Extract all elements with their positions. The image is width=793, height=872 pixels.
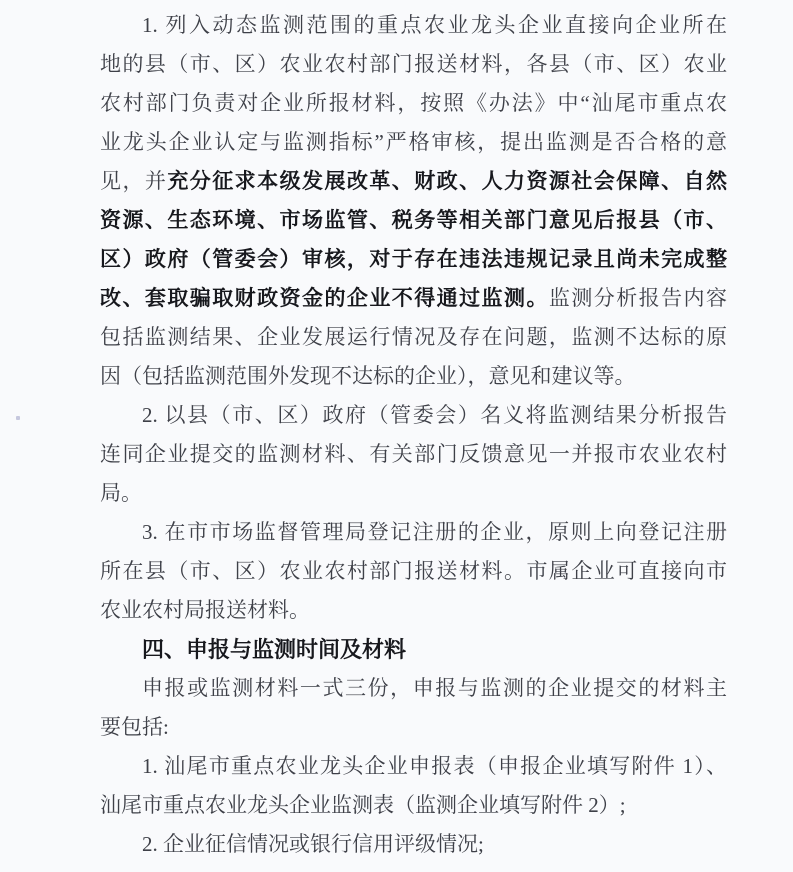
text-line: 3. 在市市场监督管理局登记注册的企业，原则上向登记注册 (100, 513, 727, 552)
text-line: 农村部门负责对企业所报材料，按照《办法》中“汕尾市重点农 (100, 84, 727, 123)
text-segment: 3. 在市市场监督管理局登记注册的企业，原则上向登记注册 (142, 520, 727, 544)
text-line: 所在县（市、区）农业农村部门报送材料。市属企业可直接向市 (100, 552, 727, 591)
text-segment: 农村部门负责对企业所报材料，按照《办法》中“汕尾市重点农 (100, 91, 727, 115)
text-segment: 包括监测结果、企业发展运行情况及存在问题，监测不达标的原 (100, 325, 727, 349)
text-segment: 局。 (100, 481, 142, 505)
text-line: 农业农村局报送材料。 (100, 591, 727, 630)
text-segment: 汕尾市重点农业龙头企业监测表（监测企业填写附件 2）; (100, 793, 626, 817)
text-segment: 1. 列入动态监测范围的重点农业龙头企业直接向企业所在 (142, 13, 727, 37)
section-heading: 四、申报与监测时间及材料 (100, 630, 727, 669)
bold-text-segment: 区）政府（管委会）审核，对于存在违法违规记录且尚未完成整 (100, 247, 727, 271)
text-segment: 见，并 (100, 169, 167, 193)
text-line: 局。 (100, 474, 727, 513)
text-line: 要包括: (100, 708, 727, 747)
text-line: 2. 以县（市、区）政府（管委会）名义将监测结果分析报告 (100, 396, 727, 435)
bold-text-segment: 改、套取骗取财政资金的企业不得通过监测。 (100, 286, 549, 310)
scan-noise-speck (16, 416, 20, 420)
text-segment: 申报或监测材料一式三份，申报与监测的企业提交的材料主 (142, 676, 727, 700)
text-line: 包括监测结果、企业发展运行情况及存在问题，监测不达标的原 (100, 318, 727, 357)
text-line: 1. 汕尾市重点农业龙头企业申报表（申报企业填写附件 1）、 (100, 747, 727, 786)
scanned-document-page: 1. 列入动态监测范围的重点农业龙头企业直接向企业所在地的县（市、区）农业农村部… (0, 0, 793, 872)
text-line: 汕尾市重点农业龙头企业监测表（监测企业填写附件 2）; (100, 786, 727, 825)
text-segment: 2. 企业征信情况或银行信用评级情况; (142, 832, 484, 856)
text-segment: 连同企业提交的监测材料、有关部门反馈意见一并报市农业农村 (100, 442, 727, 466)
text-line: 业龙头企业认定与监测指标”严格审核，提出监测是否合格的意 (100, 123, 727, 162)
text-segment: 农业农村局报送材料。 (100, 598, 310, 622)
text-line: 连同企业提交的监测材料、有关部门反馈意见一并报市农业农村 (100, 435, 727, 474)
text-line: 区）政府（管委会）审核，对于存在违法违规记录且尚未完成整 (100, 240, 727, 279)
bold-text-segment: 资源、生态环境、市场监管、税务等相关部门意见后报县（市、 (100, 208, 727, 232)
document-text-block: 1. 列入动态监测范围的重点农业龙头企业直接向企业所在地的县（市、区）农业农村部… (100, 6, 727, 864)
bold-text-segment: 四、申报与监测时间及材料 (142, 637, 406, 662)
text-line: 因（包括监测范围外发现不达标的企业），意见和建议等。 (100, 357, 727, 396)
text-line: 改、套取骗取财政资金的企业不得通过监测。监测分析报告内容 (100, 279, 727, 318)
text-line: 申报或监测材料一式三份，申报与监测的企业提交的材料主 (100, 669, 727, 708)
text-line: 资源、生态环境、市场监管、税务等相关部门意见后报县（市、 (100, 201, 727, 240)
text-segment: 所在县（市、区）农业农村部门报送材料。市属企业可直接向市 (100, 559, 727, 583)
text-segment: 业龙头企业认定与监测指标”严格审核，提出监测是否合格的意 (100, 130, 727, 154)
text-segment: 要包括: (100, 715, 169, 739)
text-line: 2. 企业征信情况或银行信用评级情况; (100, 825, 727, 864)
text-segment: 因（包括监测范围外发现不达标的企业），意见和建议等。 (100, 364, 636, 388)
text-segment: 1. 汕尾市重点农业龙头企业申报表（申报企业填写附件 1）、 (142, 754, 727, 778)
bold-text-segment: 充分征求本级发展改革、财政、人力资源社会保障、自然 (167, 169, 727, 193)
text-segment: 地的县（市、区）农业农村部门报送材料，各县（市、区）农业 (100, 52, 727, 76)
text-segment: 监测分析报告内容 (549, 286, 727, 310)
text-segment: 2. 以县（市、区）政府（管委会）名义将监测结果分析报告 (142, 403, 727, 427)
text-line: 见，并充分征求本级发展改革、财政、人力资源社会保障、自然 (100, 162, 727, 201)
text-line: 1. 列入动态监测范围的重点农业龙头企业直接向企业所在 (100, 6, 727, 45)
text-line: 地的县（市、区）农业农村部门报送材料，各县（市、区）农业 (100, 45, 727, 84)
